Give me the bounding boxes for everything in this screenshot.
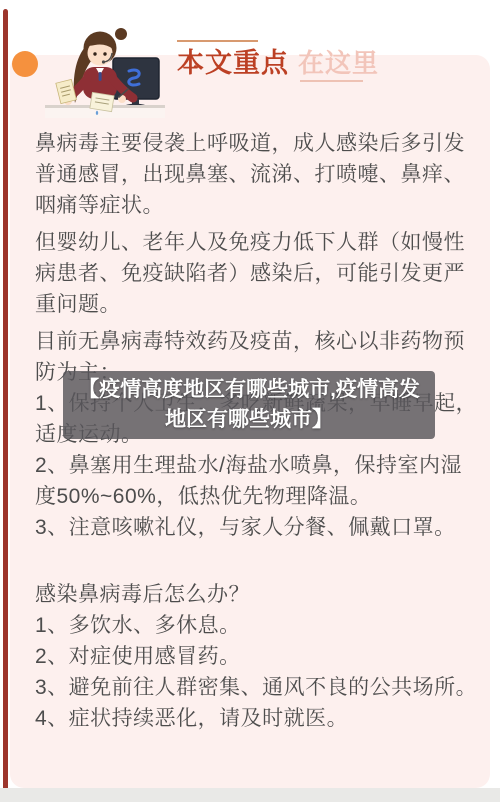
article-paragraph: 鼻病毒主要侵袭上呼吸道，成人感染后多引发普通感冒，出现鼻塞、流涕、打喷嚏、鼻痒、… bbox=[35, 128, 481, 221]
watermark-overlay: 【疫情高度地区有哪些城市,疫情高发地区有哪些城市】 bbox=[63, 371, 435, 439]
title-bottom-rule bbox=[300, 80, 363, 82]
article-paragraph: 4、症状持续恶化，请及时就医。 bbox=[35, 703, 481, 734]
orange-bullet-icon bbox=[12, 51, 38, 77]
article-paragraph: 2、对症使用感冒药。 bbox=[35, 641, 481, 672]
article-paragraph: 3、注意咳嗽礼仪，与家人分餐、佩戴口罩。 bbox=[35, 512, 481, 543]
article-card-page: 本文重点 在这里 鼻病毒主要侵袭上呼吸道，成人感染后多引发普通感冒，出现鼻塞、流… bbox=[0, 0, 500, 802]
title-top-rule bbox=[177, 40, 258, 42]
article-paragraph: 3、避免前往人群密集、通风不良的公共场所。 bbox=[35, 672, 481, 703]
header-title-row: 本文重点 在这里 bbox=[177, 50, 379, 77]
article-paragraph: 2、鼻塞用生理盐水/海盐水喷鼻，保持室内湿度50%~60%，低热优先物理降温。 bbox=[35, 450, 481, 512]
page-title: 本文重点 bbox=[177, 50, 289, 77]
article-paragraph: 感染鼻病毒后怎么办？ bbox=[35, 579, 481, 610]
article-paragraph: 但婴幼儿、老年人及免疫力低下人群（如慢性病患者、免疫缺陷者）感染后，可能引发更严… bbox=[35, 227, 481, 320]
girl-at-computer-icon bbox=[45, 25, 165, 120]
left-accent-bar bbox=[3, 9, 8, 791]
article-paragraph: 1、多饮水、多休息。 bbox=[35, 610, 481, 641]
bottom-strip bbox=[0, 788, 500, 802]
page-title-suffix: 在这里 bbox=[298, 50, 379, 76]
watermark-text: 【疫情高度地区有哪些城市,疫情高发地区有哪些城市】 bbox=[69, 375, 429, 435]
